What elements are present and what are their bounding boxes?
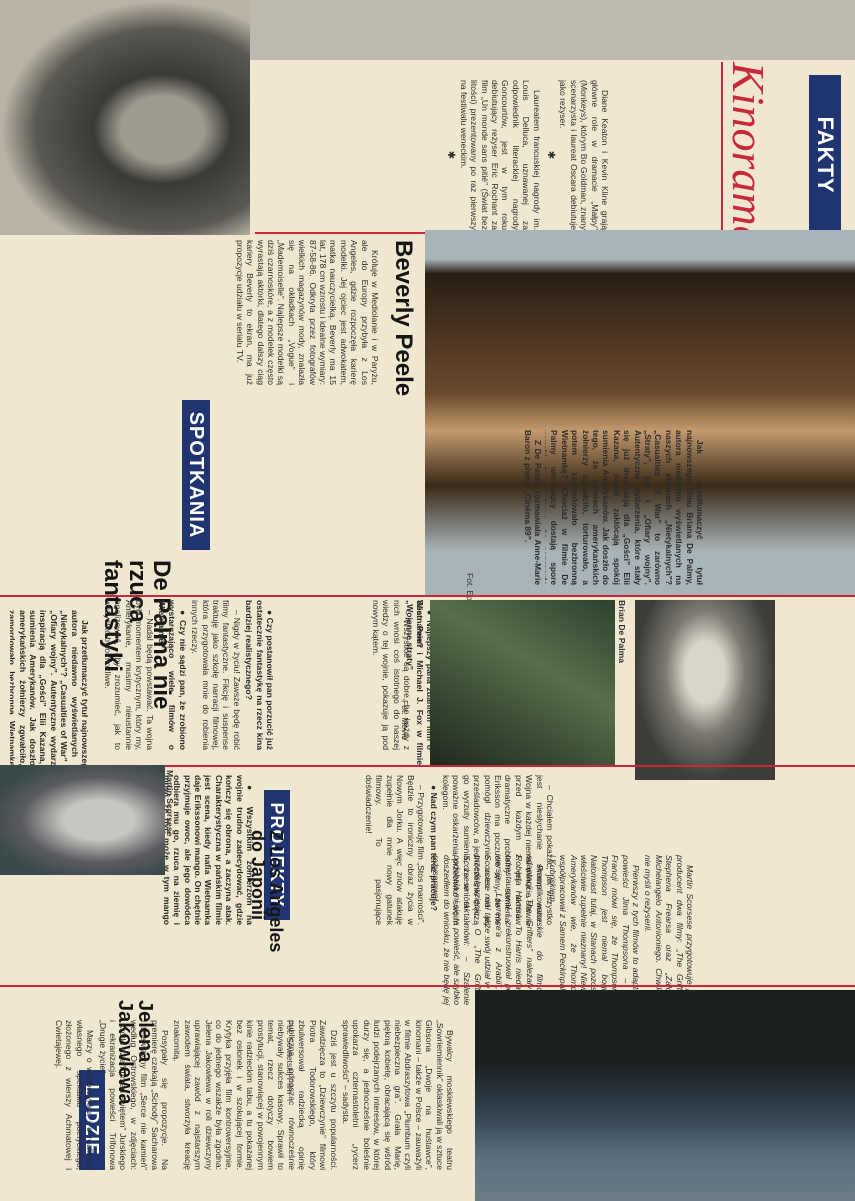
separator-asterisk: ✱ (545, 80, 555, 230)
masthead-title: Kinorama (722, 62, 775, 249)
section-badge-spotkania: SPOTKANIA (182, 400, 210, 550)
answer: – Nigdy w życiu! Zawsze będę robić filmy… (190, 600, 242, 750)
fakty-item: Diane Keaton i Kevin Kline grają główne … (558, 80, 610, 230)
section-divider (0, 985, 855, 987)
projekty-headline: Z Los Angeles do Japonii (248, 830, 285, 960)
photo-credit: Fot. Movie (400, 700, 410, 740)
projekty-column: Martin Scorsese przygotowuje jako produc… (429, 855, 695, 1005)
fakty-column-1: Diane Keaton i Kevin Kline grają główne … (442, 80, 610, 230)
photo-william-hurt (0, 0, 250, 235)
photo-wojenne-straty (430, 600, 615, 765)
qa-column-1: Czy postanowił pan porzucić już ostatecz… (101, 600, 276, 750)
paragraph: Dziś jest u szczytu popularności. Zawdzi… (172, 1020, 339, 1170)
photo-credit: Fot. Sowietskij Film (285, 1020, 295, 1094)
photo-jelena-jakowlewa (475, 990, 855, 1201)
photo-martin-scorsese (0, 765, 165, 875)
fakty-item: Laureatem francuskiej nagrody im. Louis … (458, 80, 541, 230)
paragraph: Martin Scorsese przygotowuje jako produc… (643, 855, 695, 1005)
paragraph: Bywalcy moskiewskiego teatru „Sowriemien… (341, 1020, 455, 1170)
badge-label: SPOTKANIA (185, 412, 208, 539)
caption-text: Sean Penn i Michael J. Fox w filmie „Woj… (404, 600, 425, 765)
beverly-title: Beverly Peele (391, 240, 415, 396)
photo-brian-de-palma (635, 600, 775, 780)
photo-caption: Martin Scorsese (165, 770, 175, 836)
paragraph: Posypały się propozycje. Na premierę cze… (97, 1020, 170, 1170)
divider (721, 62, 723, 232)
paragraph: Marzy o wypoczynku, i o realizacji własn… (54, 1020, 96, 1170)
depalma-text: Jak przetłumaczyć tytuł najnowszego film… (545, 430, 705, 585)
interview-intro: Z De Palmą rozmawiała Anne-Marie Baron z… (522, 430, 543, 585)
film-caption: Sean Penn i Michael J. Fox w filmie „Woj… (402, 600, 425, 765)
photo-caption: Brian De Palma (617, 600, 627, 663)
beverly-text: Króluje w Mediolanie i w Paryżu, ale do … (234, 240, 380, 385)
separator-asterisk: ✱ (445, 80, 455, 230)
magazine-spread: Kinorama FAKTY Diane Keaton i Kevin Klin… (0, 0, 855, 1201)
answer: – Przygotowuję film „Stos marności”. Będ… (364, 775, 426, 925)
paragraph: Prawa autorskie do filmowej adaptacji „T… (431, 855, 545, 1005)
section-badge-fakty: FAKTY (809, 75, 841, 235)
question: Czy nie sądzi pan, że zrobiono wystarcza… (157, 600, 188, 750)
depalma-column: Jak przetłumaczyć tytuł najnowszego film… (520, 430, 705, 585)
question: Czy postanowił pan porzucić już ostatecz… (244, 600, 275, 750)
answer: – Nadal będą powstawać. Ta wojna była mo… (103, 600, 155, 750)
section-divider (0, 595, 855, 597)
ludzie-column: Bywalcy moskiewskiego teatru „Sowriemien… (52, 1020, 455, 1170)
paragraph: Pierwszy z tych filmów to adaptacja powi… (547, 855, 641, 1005)
badge-label: FAKTY (812, 116, 838, 193)
beverly-body: Króluje w Mediolanie i w Paryżu, ale do … (232, 240, 380, 385)
